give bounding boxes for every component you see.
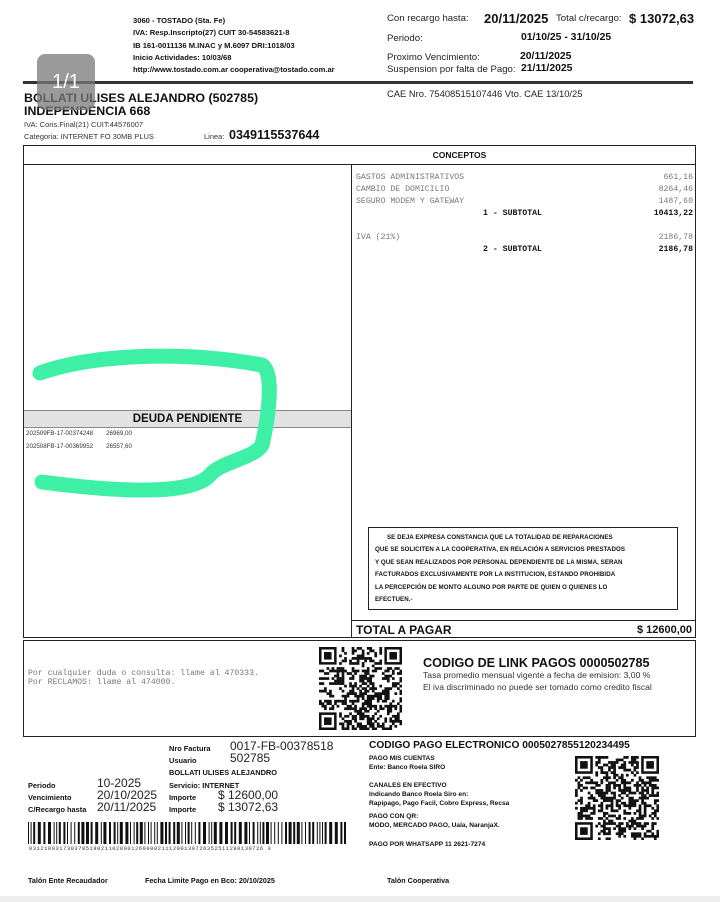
reclamos-line: Por RECLAMOS: llame al 474000. [28, 678, 259, 687]
concept-amount: 10413,22 [654, 209, 693, 218]
canales-efectivo: CANALES EN EFECTIVO Indicando Banco Roel… [369, 781, 509, 808]
concept-row: IVA (21%)2186,78 [356, 233, 693, 242]
linea-value: 03491155376​44 [229, 128, 319, 142]
total-recargo-value: $ 13072,63 [629, 11, 694, 26]
stub-vencimiento-label: Vencimiento [28, 793, 72, 802]
nro-factura-label: Nro Factura [169, 744, 210, 753]
concept-amount: 661,16 [664, 173, 693, 182]
cae-info: CAE Nro. 75408515107446 Vto. CAE 13/10/2… [387, 88, 582, 99]
column-divider [351, 165, 352, 638]
consulta-info: Por cualquier duda o consulta: llame al … [28, 669, 259, 687]
efectivo-line: Indicando Banco Roela Siro en: [369, 790, 509, 799]
recargo-label: Con recargo hasta: [387, 13, 469, 24]
total-recargo-label: Total c/recargo: [556, 13, 622, 24]
subtotal-row: 1 - SUBTOTAL10413,22 [356, 209, 693, 218]
deuda-row: 202509FB-17-0037424826969,00 [26, 430, 132, 437]
header-rule [23, 81, 693, 84]
importe-label: Importe [169, 793, 196, 802]
deuda-amount: 26969,00 [106, 430, 132, 437]
pago-whatsapp: PAGO POR WHATSAPP 11 2621-7274 [369, 840, 485, 849]
deuda-row: 202508FB-17-0036995226557,60 [26, 443, 132, 450]
subtotal-row: 2 - SUBTOTAL2186,78 [356, 245, 693, 254]
pago-mis-cuentas-sub: Ente: Banco Roela SIRO [369, 763, 445, 772]
tasa-info: Tasa promedio mensual vigente a fecha de… [423, 670, 652, 682]
footer-left: Talón Ente Recaudador [28, 876, 108, 885]
importe-label: Importe [169, 805, 196, 814]
deuda-header: DEUDA PENDIENTE [24, 410, 351, 428]
footer-middle: Fecha Limite Pago en Bco: 20/10/2025 [145, 876, 275, 885]
suspension-label: Suspension por falta de Pago: [387, 64, 516, 75]
client-categoria: Categoria: INTERNET FO 30MB PLUS [24, 132, 154, 141]
footer-right: Talón Cooperativa [387, 876, 449, 885]
usuario: 502785 [230, 751, 270, 765]
issuer-line: Inicio Actividades: 10/03/68 [133, 52, 335, 64]
qr-title: PAGO CON QR: [369, 812, 500, 821]
recargo-date: 20/11/2025 [484, 11, 548, 26]
usuario-label: Usuario [169, 756, 197, 765]
notice-line: FACTURADOS EXCLUSIVAMENTE POR LA INSTITU… [375, 569, 671, 581]
pago-con-qr: PAGO CON QR: MODO, MERCADO PAGO, Uala, N… [369, 812, 500, 830]
stub-nombre: BOLLATI ULISES ALEJANDRO [169, 768, 277, 777]
stub-recargo: 20/11/2025 [97, 800, 156, 814]
notice-line: QUE SE SOLICITEN A LA COOPERATIVA, EN RE… [375, 544, 671, 556]
concept-amount: 2186,78 [659, 245, 693, 254]
notice-line: SE DEJA EXPRESA CONSTANCIA QUE LA TOTALI… [375, 532, 671, 544]
concept-amount: 2186,78 [659, 233, 693, 242]
total-label: TOTAL A PAGAR [356, 623, 452, 637]
client-iva: IVA: Cons.Final(21) CUIT:44576007 [24, 120, 143, 129]
periodo-value: 01/10/25 - 31/10/25 [521, 32, 611, 43]
issuer-line: http://www.tostado.com.ar cooperativa@to… [133, 64, 335, 76]
total-value: $ 12600,00 [637, 624, 692, 636]
concept-label: GASTOS ADMINISTRATIVOS [356, 173, 464, 182]
recargo-row: Con recargo hasta: [387, 13, 469, 24]
periodo-label: Periodo: [387, 33, 423, 44]
codigo-pago-electronico: CODIGO PAGO ELECTRONICO 0005027855120234… [369, 740, 630, 751]
total-a-pagar: TOTAL A PAGAR $ 12600,00 [352, 620, 696, 638]
concept-row: SEGURO MODEM Y GATEWAY1487,60 [356, 197, 693, 206]
issuer-line: IB 161-0011136 M.INAC y M.6097 DRI:1018/… [133, 40, 335, 52]
qr-code-icon [319, 647, 402, 730]
deuda-ref: 202508FB-17-00369952 [26, 443, 93, 450]
proximo-label: Proximo Vencimiento: [387, 52, 480, 63]
notice-line: Y QUE SEAN REALIZADOS POR PERSONAL DEPEN… [375, 557, 671, 569]
concept-label: 2 - SUBTOTAL [356, 245, 542, 254]
pago-mis-cuentas: PAGO MIS CUENTAS Ente: Banco Roela SIRO [369, 754, 445, 772]
barcode-digits: 0312180317303785180211028001260000211120… [29, 846, 345, 852]
deuda-amount: 26557,60 [106, 443, 132, 450]
concept-label: IVA (21%) [356, 233, 400, 242]
conceptos-header: CONCEPTOS [23, 145, 696, 165]
concept-amount: 1487,60 [659, 197, 693, 206]
efectivo-title: CANALES EN EFECTIVO [369, 781, 509, 790]
concept-label: 1 - SUBTOTAL [356, 209, 542, 218]
barcode-icon [28, 822, 346, 844]
issuer-line: IVA: Resp.Inscripto(27) CUIT 30-54583621… [133, 27, 335, 39]
linea-label: Linea: [204, 132, 224, 141]
issuer-info: 3060 - TOSTADO (Sta. Fe) IVA: Resp.Inscr… [133, 15, 335, 76]
issuer-line: 3060 - TOSTADO (Sta. Fe) [133, 15, 335, 27]
importe-2: $ 13072,63 [218, 800, 278, 814]
notice-line: LA PERCEPCIÓN DE MONTO ALGUNO POR PARTE … [375, 582, 671, 594]
concept-label: CAMBIO DE DOMICILIO [356, 185, 449, 194]
pago-mis-cuentas-title: PAGO MIS CUENTAS [369, 754, 445, 763]
notice-line: EFECTUEN.- [375, 594, 671, 606]
iva-note: El iva discriminado no puede ser tomado … [423, 682, 652, 694]
stub-recargo-label: C/Recargo hasta [28, 805, 86, 814]
qr-sub: MODO, MERCADO PAGO, Uala, NaranjaX. [369, 821, 500, 830]
link-pagos-title: CODIGO DE LINK PAGOS 0000502785 [423, 656, 652, 670]
bottom-strip [0, 896, 720, 902]
suspension-value: 21/11/2025 [521, 63, 572, 74]
concept-amount: 8264,46 [659, 185, 693, 194]
repair-notice: SE DEJA EXPRESA CONSTANCIA QUE LA TOTALI… [368, 527, 678, 610]
proximo-value: 20/11/2025 [520, 51, 571, 62]
page-counter-badge: 1/1 [37, 54, 95, 110]
qr-code-icon [575, 756, 659, 840]
stub-periodo-label: Periodo [28, 781, 56, 790]
concept-row: GASTOS ADMINISTRATIVOS661,16 [356, 173, 693, 182]
consulta-line: Por cualquier duda o consulta: llame al … [28, 669, 259, 678]
concept-label: SEGURO MODEM Y GATEWAY [356, 197, 464, 206]
efectivo-line: Rapipago, Pago Facil, Cobro Express, Rec… [369, 799, 509, 808]
link-pagos: CODIGO DE LINK PAGOS 0000502785 Tasa pro… [423, 656, 652, 693]
concept-row: CAMBIO DE DOMICILIO8264,46 [356, 185, 693, 194]
deuda-ref: 202509FB-17-00374248 [26, 430, 93, 437]
